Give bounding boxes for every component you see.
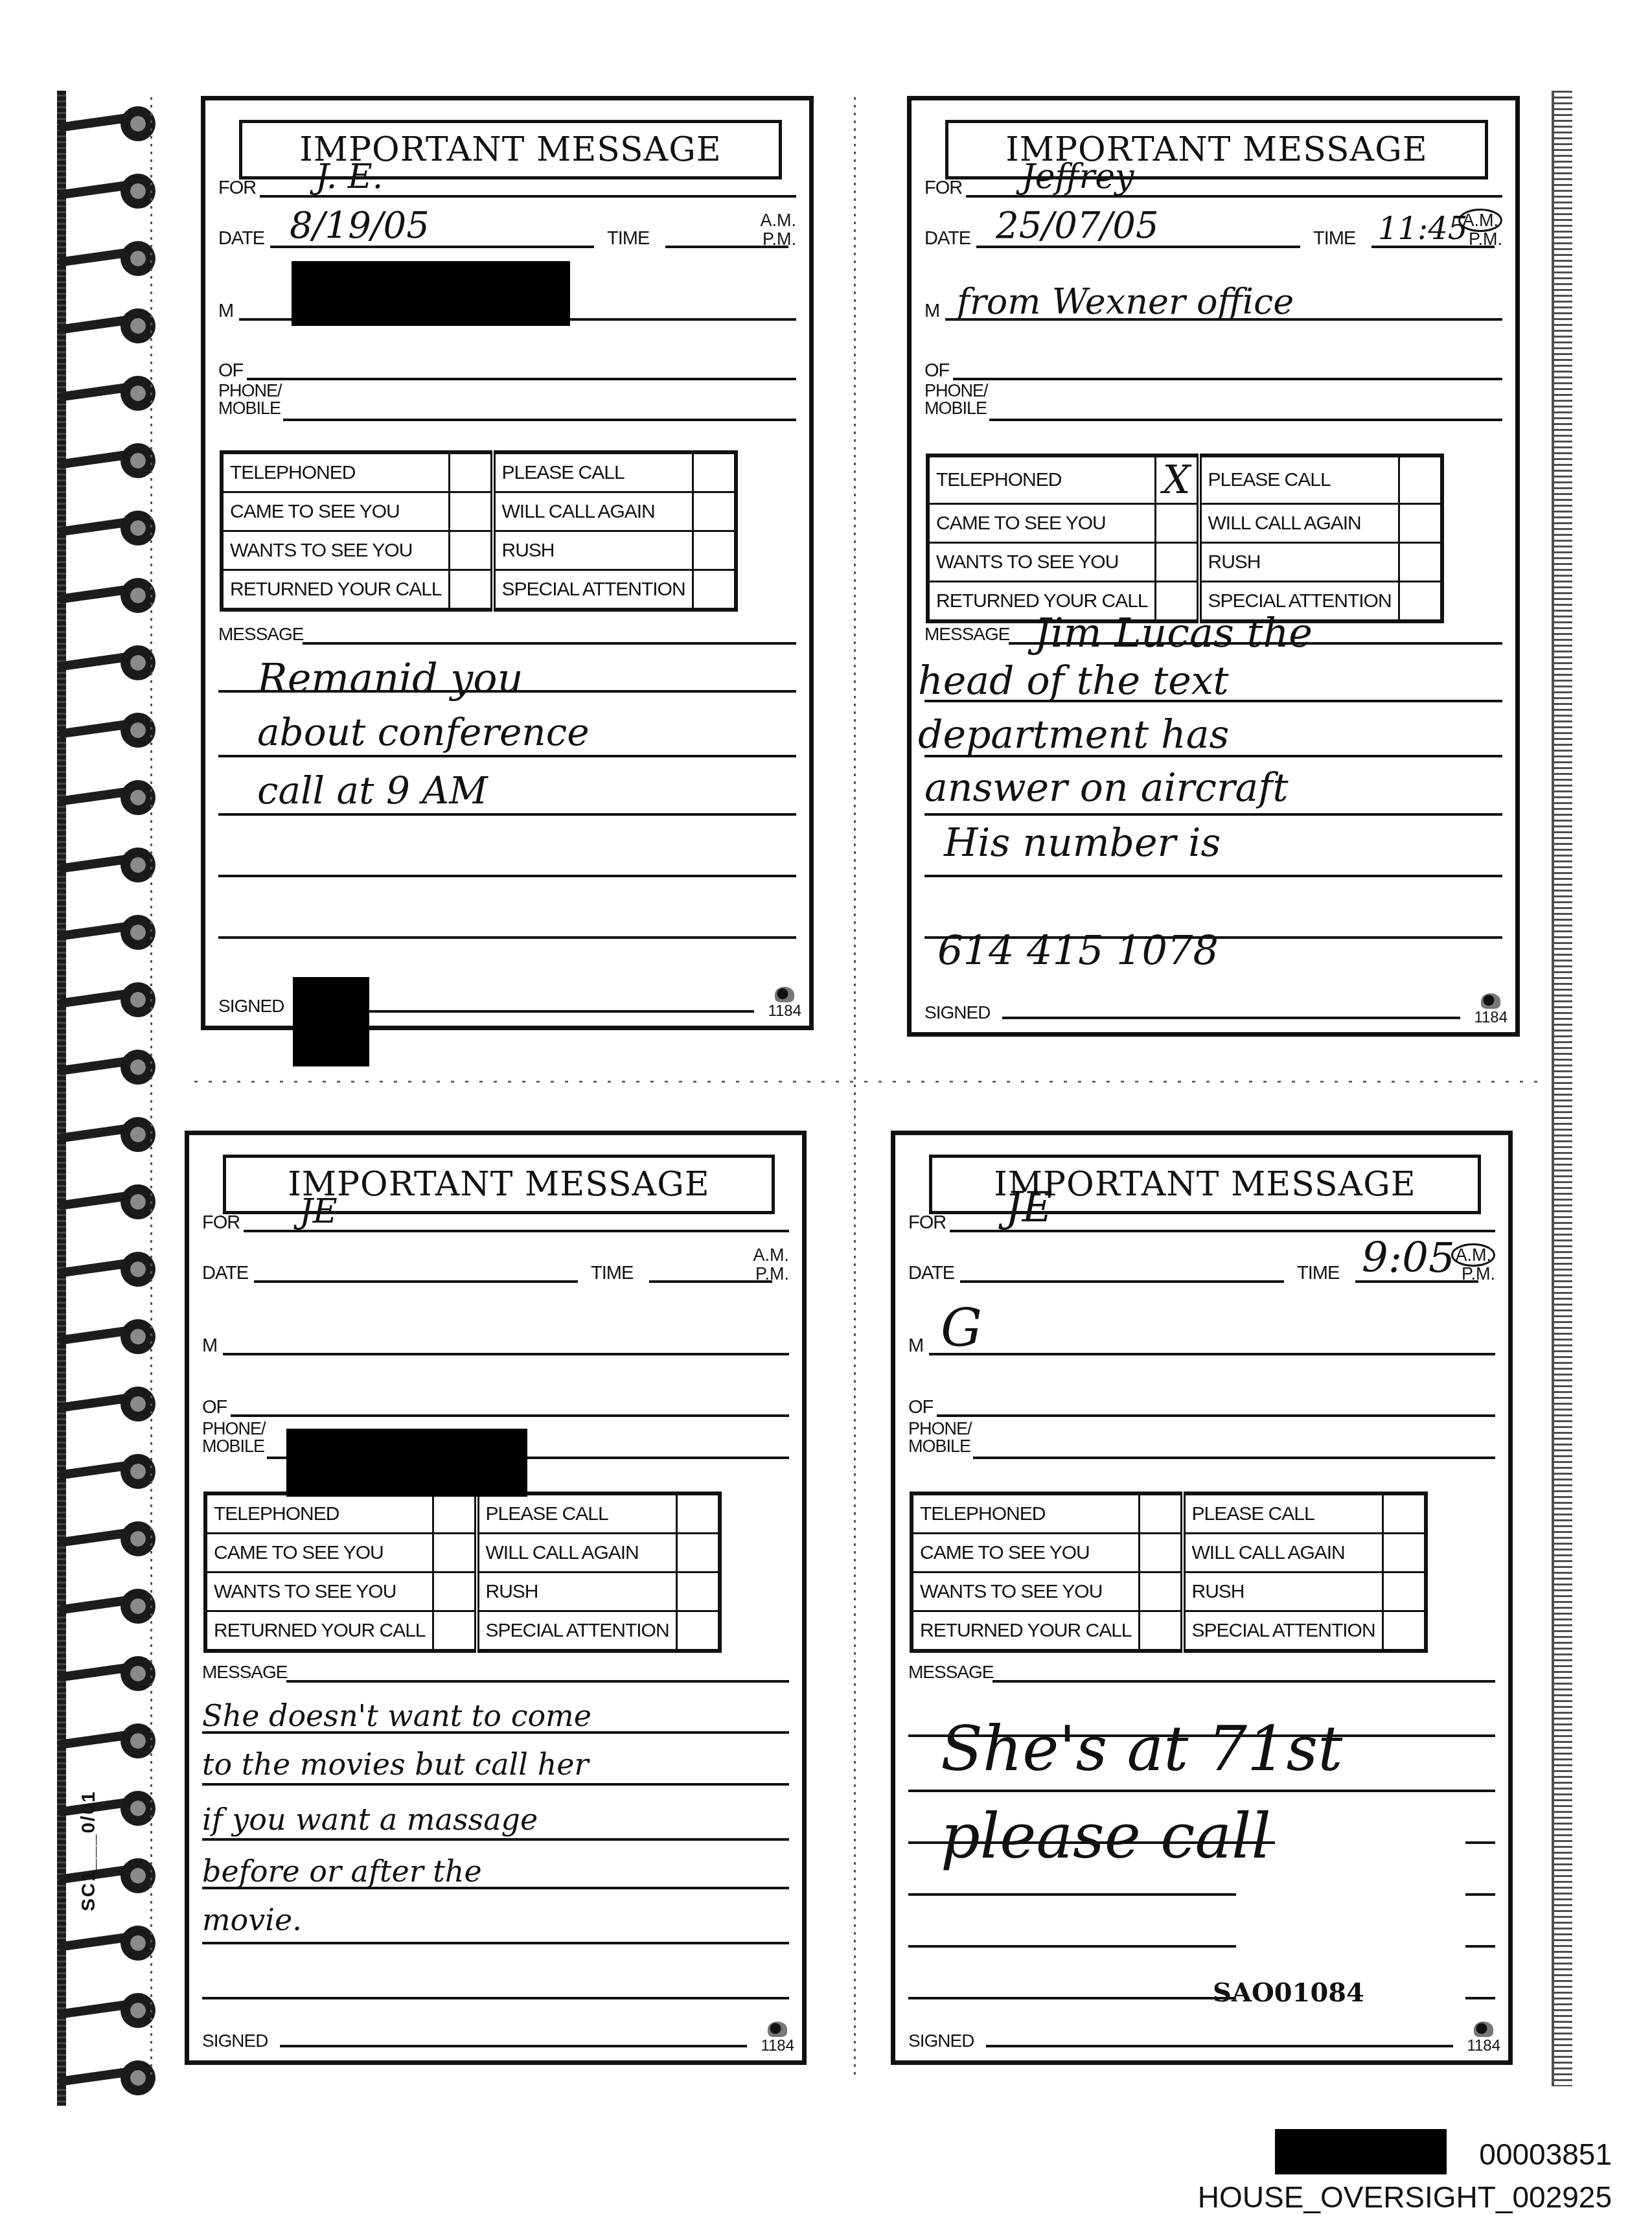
message-text-line: department has <box>918 715 1229 754</box>
spiral-wire <box>58 1326 130 1345</box>
checkbox-label: RUSH <box>1199 543 1399 582</box>
message-label: MESSAGE <box>218 624 303 645</box>
message-line-stub <box>1465 1997 1495 1999</box>
checkbox-came-to-see-you[interactable] <box>433 1534 477 1572</box>
date-time-field: DATE25/07/05TIME11:45A.M.P.M. <box>924 209 1502 248</box>
checkbox-label: WILL CALL AGAIN <box>1183 1534 1383 1572</box>
checkbox-label: PLEASE CALL <box>493 452 693 492</box>
phone-label-text: PHONE/ <box>924 381 988 400</box>
message-text-line: please call <box>941 1806 1271 1868</box>
checkbox-wants-to-see-you[interactable] <box>1155 543 1199 582</box>
redaction-signed-top-left <box>293 977 369 1066</box>
spiral-loop <box>58 1653 155 1692</box>
message-text-line: She doesn't want to come <box>202 1701 591 1731</box>
message-slip-bottom-right: IMPORTANT MESSAGEFORJEDATETIME9:05A.M.P.… <box>891 1131 1513 2065</box>
checkbox-label: WANTS TO SEE YOU <box>912 1572 1139 1611</box>
m-value: from Wexner office <box>957 284 1294 319</box>
phone-label-text: PHONE/ <box>218 381 282 400</box>
signed-label: SIGNED <box>924 1002 990 1023</box>
time-value: 9:05 <box>1362 1238 1455 1279</box>
spiral-loop <box>58 1451 155 1490</box>
checkbox-label: RUSH <box>477 1572 677 1611</box>
signed-label: SIGNED <box>908 2031 974 2051</box>
signed-label: SIGNED <box>202 2031 268 2051</box>
checkbox-label: PLEASE CALL <box>1183 1493 1383 1534</box>
spiral-loop <box>58 980 155 1019</box>
pad-right-edge <box>1552 91 1572 2086</box>
message-text-line: to the movies but call her <box>202 1749 588 1779</box>
of-line <box>231 1414 789 1417</box>
message-line-stub <box>1465 1893 1495 1896</box>
time-label: TIME <box>591 1264 633 1283</box>
of-label: OF <box>908 1398 933 1417</box>
time-label: TIME <box>1297 1264 1339 1283</box>
message-line <box>202 1942 789 1944</box>
spiral-loop <box>58 1047 155 1086</box>
message-line <box>218 755 796 757</box>
checkbox-row: WANTS TO SEE YOURUSH <box>222 531 736 570</box>
for-field: FORJE <box>202 1200 789 1232</box>
form-number-text: 1184 <box>1474 1009 1508 1026</box>
spiral-wire <box>58 1394 130 1412</box>
perforation-left <box>150 97 152 2080</box>
form-number: 1184 <box>768 987 801 1019</box>
checkbox-row: WANTS TO SEE YOURUSH <box>912 1572 1426 1611</box>
spiral-wire <box>58 2000 130 2019</box>
spiral-loop <box>58 575 155 614</box>
date-time-field: DATE8/19/05TIMEA.M.P.M. <box>218 209 796 248</box>
checkbox-row: CAME TO SEE YOUWILL CALL AGAIN <box>205 1534 720 1572</box>
checkbox-will-call-again[interactable] <box>1399 504 1442 543</box>
pm-label: P.M. <box>763 229 796 249</box>
checkbox-row: CAME TO SEE YOUWILL CALL AGAIN <box>222 492 736 531</box>
checkbox-label: SPECIAL ATTENTION <box>477 1611 677 1652</box>
checkbox-label: RETURNED YOUR CALL <box>912 1611 1139 1652</box>
spiral-wire <box>58 1528 130 1547</box>
spiral-loop <box>58 643 155 682</box>
spiral-wire <box>58 787 130 806</box>
message-line <box>218 936 796 939</box>
checkbox-row: TELEPHONEDXPLEASE CALL <box>928 455 1442 504</box>
checkbox-rush[interactable] <box>1399 543 1442 582</box>
am-label: A.M. <box>760 211 796 230</box>
spiral-loop <box>58 1114 155 1153</box>
phone-label-text: PHONE/ <box>908 1419 972 1438</box>
message-text-line: Jim Lucas the <box>1035 613 1313 653</box>
spiral-wire <box>58 1731 130 1749</box>
message-line <box>908 1945 1236 1948</box>
recycle-logo-icon <box>768 2021 787 2037</box>
spiral-loop <box>58 1384 155 1423</box>
checkbox-special-attention[interactable] <box>676 1611 720 1652</box>
checkbox-came-to-see-you[interactable] <box>1155 504 1199 543</box>
message-text-line: She's at 71st <box>941 1719 1342 1780</box>
checkbox-rush[interactable] <box>1382 1572 1426 1611</box>
of-label: OF <box>924 362 949 380</box>
redaction-from-bottom-left <box>286 1429 527 1497</box>
checkbox-please-call[interactable] <box>676 1493 720 1534</box>
checkbox-label: WILL CALL AGAIN <box>1199 504 1399 543</box>
margin-code: SC1___0/01 <box>78 1790 100 1911</box>
for-label: FOR <box>924 179 962 198</box>
spiral-wire <box>58 450 130 469</box>
form-number-text: 1184 <box>1467 2037 1500 2055</box>
check-mark-icon: X <box>1163 457 1190 503</box>
message-line <box>218 813 796 816</box>
for-field: FORJE <box>908 1200 1495 1232</box>
spiral-wire <box>58 1461 130 1480</box>
checkbox-label: RETURNED YOUR CALL <box>205 1611 433 1652</box>
spiral-loop <box>58 306 155 345</box>
recycle-logo-icon <box>1474 2021 1493 2037</box>
phone-line <box>989 419 1502 421</box>
message-line <box>992 1680 1495 1683</box>
checkbox-label: TELEPHONED <box>222 452 449 492</box>
checkbox-will-call-again[interactable] <box>693 492 736 531</box>
message-text-line: His number is <box>944 824 1221 862</box>
checkbox-label: CAME TO SEE YOU <box>928 504 1155 543</box>
m-label: M <box>218 302 233 321</box>
phone-label: PHONE/MOBILE <box>218 382 282 417</box>
checkbox-wants-to-see-you[interactable] <box>449 531 493 570</box>
of-line <box>937 1414 1495 1417</box>
checkbox-label: SPECIAL ATTENTION <box>1183 1611 1383 1652</box>
of-field: OF <box>202 1385 789 1417</box>
checkbox-telephoned[interactable] <box>1139 1493 1183 1534</box>
checkbox-came-to-see-you[interactable] <box>449 492 493 531</box>
message-slip-bottom-left: IMPORTANT MESSAGEFORJEDATETIMEA.M.P.M.MO… <box>185 1131 807 2065</box>
am-pm-marker: A.M.P.M. <box>1451 1246 1495 1283</box>
am-pm-marker: A.M.P.M. <box>1458 211 1502 248</box>
checkbox-row: TELEPHONEDPLEASE CALL <box>205 1493 720 1534</box>
message-text-line: call at 9 AM <box>257 772 488 809</box>
checkbox-row: WANTS TO SEE YOURUSH <box>205 1572 720 1611</box>
spiral-wire <box>58 989 130 1008</box>
message-text-line: movie. <box>202 1905 302 1935</box>
message-line-stub <box>1465 1841 1495 1844</box>
phone-line <box>283 419 796 421</box>
spiral-loop <box>58 1182 155 1221</box>
phone-label: PHONE/MOBILE <box>202 1420 266 1455</box>
spiral-loop <box>58 1788 155 1827</box>
message-text-line: before or after the <box>202 1856 482 1886</box>
spiral-wire <box>58 316 130 334</box>
m-value: G <box>941 1302 982 1354</box>
spiral-loop <box>58 1721 155 1760</box>
for-field: FORJ. E. <box>218 165 796 198</box>
checkbox-row: RETURNED YOUR CALLSPECIAL ATTENTION <box>205 1611 720 1652</box>
perforation-middle <box>194 1081 1542 1083</box>
spiral-loop <box>58 171 155 210</box>
bates-number-2: HOUSE_OVERSIGHT_002925 <box>1198 2180 1612 2215</box>
spiral-loop <box>58 912 155 951</box>
recycle-logo-icon <box>775 987 794 1002</box>
for-value: JE <box>299 1195 338 1228</box>
checkbox-will-call-again[interactable] <box>1382 1534 1426 1572</box>
spiral-loop <box>58 710 155 749</box>
spiral-loop <box>58 845 155 884</box>
date-label: DATE <box>218 229 264 248</box>
message-label: MESSAGE <box>202 1662 287 1683</box>
phone-label: PHONE/MOBILE <box>908 1420 972 1455</box>
document-stamp: SAO01084 <box>1213 1977 1364 2008</box>
m-label: M <box>202 1337 217 1355</box>
spiral-loop <box>58 238 155 277</box>
spiral-loop <box>58 508 155 547</box>
time-value: 11:45 <box>1378 213 1467 244</box>
checkbox-returned-your-call[interactable] <box>1139 1611 1183 1652</box>
checkbox-special-attention[interactable] <box>1399 582 1442 622</box>
from-field: Mfrom Wexner office <box>924 288 1502 321</box>
spiral-wire <box>58 248 130 267</box>
slip-title: IMPORTANT MESSAGE <box>288 1165 709 1204</box>
of-line <box>953 378 1502 380</box>
message-text-line: head of the text <box>918 662 1229 700</box>
checkbox-came-to-see-you[interactable] <box>1139 1534 1183 1572</box>
m-label: M <box>924 302 939 321</box>
message-text-line: answer on aircraft <box>924 768 1289 807</box>
from-field: MG <box>908 1323 1495 1355</box>
am-label: A.M. <box>753 1245 789 1265</box>
of-label: OF <box>202 1398 227 1417</box>
status-checkbox-table: TELEPHONEDPLEASE CALLCAME TO SEE YOUWILL… <box>910 1492 1428 1653</box>
checkbox-returned-your-call[interactable] <box>449 570 493 610</box>
spiral-wire <box>58 518 130 536</box>
for-label: FOR <box>218 179 256 198</box>
checkbox-label: WILL CALL AGAIN <box>493 492 693 531</box>
pm-label: P.M. <box>755 1264 789 1284</box>
pm-label: P.M. <box>1462 1264 1495 1284</box>
status-checkbox-table: TELEPHONEDPLEASE CALLCAME TO SEE YOUWILL… <box>220 450 738 612</box>
date-label: DATE <box>202 1264 248 1283</box>
checkbox-row: TELEPHONEDPLEASE CALL <box>222 452 736 492</box>
form-number: 1184 <box>761 2021 794 2054</box>
checkbox-label: TELEPHONED <box>912 1493 1139 1534</box>
date-time-field: DATETIMEA.M.P.M. <box>202 1244 789 1283</box>
checkbox-telephoned[interactable] <box>449 452 493 492</box>
message-line <box>202 1838 789 1841</box>
spiral-wire <box>58 1259 130 1278</box>
checkbox-row: CAME TO SEE YOUWILL CALL AGAIN <box>928 504 1442 543</box>
message-line <box>924 875 1502 877</box>
message-line <box>202 1783 789 1786</box>
spiral-loop <box>58 1856 155 1895</box>
spiral-loop <box>58 441 155 479</box>
mobile-label-text: MOBILE <box>908 1436 970 1456</box>
checkbox-please-call[interactable] <box>1382 1493 1426 1534</box>
redaction-from-top-left <box>292 261 570 326</box>
bates-number-1: 00003851 <box>1479 2137 1612 2172</box>
checkbox-label: RUSH <box>1183 1572 1383 1611</box>
form-number-text: 1184 <box>761 2037 794 2055</box>
spiral-wire <box>58 2068 130 2086</box>
message-label: MESSAGE <box>908 1662 993 1683</box>
message-line <box>303 642 796 645</box>
checkbox-row: CAME TO SEE YOUWILL CALL AGAIN <box>912 1534 1426 1572</box>
for-value: J. E. <box>315 160 383 194</box>
checkbox-special-attention[interactable] <box>1382 1611 1426 1652</box>
recycle-logo-icon <box>1481 993 1500 1009</box>
checkbox-telephoned[interactable] <box>433 1493 477 1534</box>
checkbox-rush[interactable] <box>693 531 736 570</box>
checkbox-label: WANTS TO SEE YOU <box>928 543 1155 582</box>
form-number: 1184 <box>1474 993 1508 1026</box>
date-time-field: DATETIME9:05A.M.P.M. <box>908 1244 1495 1283</box>
checkbox-wants-to-see-you[interactable] <box>1139 1572 1183 1611</box>
checkbox-will-call-again[interactable] <box>676 1534 720 1572</box>
checkbox-row: TELEPHONEDPLEASE CALL <box>912 1493 1426 1534</box>
checkbox-label: SPECIAL ATTENTION <box>493 570 693 610</box>
spiral-wire <box>58 1663 130 1682</box>
message-slip-top-left: IMPORTANT MESSAGEFORJ. E.DATE8/19/05TIME… <box>201 96 814 1030</box>
message-line <box>924 813 1502 816</box>
spiral-wire <box>58 113 130 132</box>
spiral-wire <box>58 1192 130 1210</box>
from-field: M <box>202 1323 789 1355</box>
message-line <box>908 1790 1495 1792</box>
slip-title: IMPORTANT MESSAGE <box>994 1165 1416 1204</box>
checkbox-returned-your-call[interactable] <box>433 1611 477 1652</box>
spiral-wire <box>58 383 130 402</box>
message-line <box>286 1680 789 1683</box>
date-line <box>960 1280 1284 1283</box>
mobile-label-text: MOBILE <box>924 398 987 418</box>
spiral-wire <box>58 855 130 873</box>
message-line <box>218 875 796 877</box>
checkbox-label: CAME TO SEE YOU <box>205 1534 433 1572</box>
date-label: DATE <box>924 229 970 248</box>
checkbox-row: RETURNED YOUR CALLSPECIAL ATTENTION <box>222 570 736 610</box>
redaction-bates-prefix <box>1275 2129 1447 2174</box>
date-value: 8/19/05 <box>290 208 430 244</box>
spiral-wire <box>58 922 130 941</box>
m-line <box>223 1353 789 1355</box>
checkbox-label: WANTS TO SEE YOU <box>222 531 449 570</box>
for-value: Jeffrey <box>1022 160 1134 194</box>
checkbox-label: CAME TO SEE YOU <box>912 1534 1139 1572</box>
message-text-line: if you want a massage <box>202 1804 538 1834</box>
status-checkbox-table: TELEPHONEDPLEASE CALLCAME TO SEE YOUWILL… <box>203 1492 722 1653</box>
m-label: M <box>908 1337 923 1355</box>
spiral-loop <box>58 104 155 143</box>
for-label: FOR <box>202 1214 240 1232</box>
form-number: 1184 <box>1467 2021 1500 2054</box>
date-line <box>254 1280 578 1283</box>
spiral-loop <box>58 1519 155 1558</box>
time-label: TIME <box>1313 229 1355 248</box>
pm-label: P.M. <box>1469 229 1502 249</box>
of-field: OF <box>218 348 796 380</box>
spiral-loop <box>58 1249 155 1288</box>
message-line <box>202 1997 789 1999</box>
signed-line <box>986 2045 1453 2047</box>
checkbox-label: WANTS TO SEE YOU <box>205 1572 433 1611</box>
spiral-loop <box>58 1990 155 2029</box>
checkbox-telephoned[interactable]: X <box>1155 455 1199 504</box>
date-label: DATE <box>908 1264 954 1283</box>
message-text-line: 614 415 1078 <box>937 930 1219 971</box>
phone-label: PHONE/MOBILE <box>924 382 988 417</box>
am-pm-marker: A.M.P.M. <box>753 1246 789 1283</box>
checkbox-label: CAME TO SEE YOU <box>222 492 449 531</box>
message-line <box>908 1893 1236 1896</box>
checkbox-please-call[interactable] <box>693 452 736 492</box>
message-slip-top-right: IMPORTANT MESSAGEFORJeffreyDATE25/07/05T… <box>907 96 1520 1037</box>
checkbox-row: WANTS TO SEE YOURUSH <box>928 543 1442 582</box>
spiral-loop <box>58 1923 155 1962</box>
spiral-wire <box>58 1124 130 1143</box>
spiral-wire <box>58 720 130 739</box>
spiral-loop <box>58 1317 155 1355</box>
checkbox-rush[interactable] <box>676 1572 720 1611</box>
checkbox-row: RETURNED YOUR CALLSPECIAL ATTENTION <box>912 1611 1426 1652</box>
spiral-loop <box>58 1586 155 1625</box>
checkbox-label: WILL CALL AGAIN <box>477 1534 677 1572</box>
mobile-label-text: MOBILE <box>218 398 281 418</box>
of-line <box>247 378 796 380</box>
checkbox-label: RUSH <box>493 531 693 570</box>
status-checkbox-table: TELEPHONEDXPLEASE CALLCAME TO SEE YOUWIL… <box>926 454 1444 623</box>
phone-label-text: PHONE/ <box>202 1419 266 1438</box>
spiral-wire <box>58 1933 130 1952</box>
message-text-line: about conference <box>257 713 589 751</box>
spiral-wire <box>58 1057 130 1076</box>
am-pm-marker: A.M.P.M. <box>760 211 796 248</box>
m-line <box>929 1353 1495 1355</box>
spiral-loop <box>58 373 155 412</box>
spiral-wire <box>58 181 130 200</box>
spiral-wire <box>58 1596 130 1615</box>
signed-line <box>280 2045 747 2047</box>
time-label: TIME <box>607 229 649 248</box>
phone-line <box>973 1457 1495 1459</box>
checkbox-label: TELEPHONED <box>928 455 1155 504</box>
message-text-line: Remanid you <box>257 658 523 698</box>
checkbox-label: PLEASE CALL <box>1199 455 1399 504</box>
spiral-loop <box>58 777 155 816</box>
message-line-stub <box>1465 1945 1495 1948</box>
of-label: OF <box>218 362 243 380</box>
spiral-loop <box>58 2058 155 2097</box>
signed-line <box>1002 1017 1460 1019</box>
signed-label: SIGNED <box>218 996 284 1017</box>
spiral-wire <box>58 652 130 671</box>
of-field: OF <box>924 348 1502 380</box>
message-line <box>908 1997 1236 1999</box>
date-value: 25/07/05 <box>996 208 1159 244</box>
checkbox-label: TELEPHONED <box>205 1493 433 1534</box>
checkbox-please-call[interactable] <box>1399 455 1442 504</box>
of-field: OF <box>908 1385 1495 1417</box>
spiral-wire <box>58 585 130 604</box>
message-label: MESSAGE <box>924 624 1009 645</box>
mobile-label-text: MOBILE <box>202 1436 264 1456</box>
checkbox-wants-to-see-you[interactable] <box>433 1572 477 1611</box>
for-label: FOR <box>908 1214 946 1232</box>
for-field: FORJeffrey <box>924 165 1502 198</box>
for-value: JE <box>1005 1187 1052 1228</box>
checkbox-label: RETURNED YOUR CALL <box>222 570 449 610</box>
form-number-text: 1184 <box>768 1002 801 1020</box>
perforation-center <box>854 97 856 2080</box>
checkbox-label: PLEASE CALL <box>477 1493 677 1534</box>
checkbox-special-attention[interactable] <box>693 570 736 610</box>
